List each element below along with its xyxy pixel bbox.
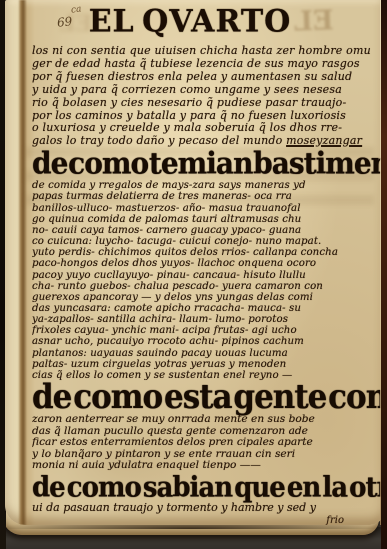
- manuscript-line: por los caminos y batalla y para q̃ no f…: [32, 110, 378, 123]
- manuscript-line: asnar ucho, pucauiyo rrocoto achu- pipin…: [32, 336, 378, 347]
- text-segment: paltas- uzum cirguelas yotras yeruas y m…: [32, 359, 286, 370]
- manuscript-line: co cuicuna: luycho- tacuga- cuicui conej…: [32, 236, 378, 247]
- text-segment: frio: [326, 515, 344, 525]
- text-segment: cha- runto guebos- chalua pescado- yuera…: [32, 281, 323, 292]
- manuscript-line: plantanos: uayauas sauindo pacay uouas l…: [32, 348, 378, 359]
- title-row: EL EL QVARTO EL: [32, 3, 378, 43]
- page-content: EL EL QVARTO EL los ni con sentia que ui…: [5, 0, 384, 525]
- manuscript-line: de comida y rregalos de mays-zara says m…: [32, 180, 378, 191]
- text-segment: no- cauii caya tamos- carnero guacay ypa…: [32, 225, 301, 236]
- text-segment: yuto perdis- chichimos quitos delos rrio…: [32, 247, 338, 258]
- text-segment: y uida y para q̃ corriezen como ungame y…: [32, 84, 342, 96]
- manuscript-line: paltas- uzum cirguelas yotras yeruas y m…: [32, 359, 378, 370]
- text-segment: ya-zapallos- santilla achira- llaum- lum…: [32, 314, 288, 325]
- manuscript-section: de como esta gente comenzaron aenterrear…: [32, 382, 378, 472]
- text-segment: de comida y rregalos de mays-zara says m…: [32, 180, 306, 191]
- manuscript-line: pacoy yuyo cucllayuyo- pinau- cancaua- h…: [32, 270, 378, 281]
- manuscript-line: y lo blanq̃aro y pintaron y se ente rrau…: [32, 449, 378, 461]
- text-segment: go quinua comida de palomas tauri altram…: [32, 214, 301, 225]
- manuscript-line: ya-zapallos- santilla achira- llaum- lum…: [32, 314, 378, 325]
- text-segment: co cuicuna: luycho- tacuga- cuicui conej…: [32, 236, 321, 247]
- section-heading: de como temian bastimento: [32, 148, 378, 180]
- manuscript-line: paco-hongos delos dhos yuyos- llachoc on…: [32, 258, 378, 269]
- manuscript-body: los ni con sentia que uiuisen chicha has…: [32, 45, 378, 525]
- section-heading: de como esta gente comen: [32, 381, 378, 414]
- manuscript-line: no- cauii caya tamos- carnero guacay ypa…: [32, 225, 378, 236]
- bleed-through-ghost-icon: EL: [294, 5, 335, 37]
- manuscript-line: banillos-ulluco- mastuerzos- año- masua …: [32, 203, 378, 214]
- manuscript-line: los ni con sentia que uiuisen chicha has…: [32, 45, 378, 58]
- manuscript-line: ger de edad hasta q̃ tubiese lezencia de…: [32, 58, 378, 71]
- manuscript-line: cha- runto guebos- chalua pescado- yuera…: [32, 281, 378, 292]
- text-segment: asnar ucho, pucauiyo rrocoto achu- pipin…: [32, 336, 304, 347]
- text-segment: papas turmas delatierra de tres maneras-…: [32, 191, 292, 202]
- manuscript-line: yuto perdis- chichimos quitos delos rrio…: [32, 247, 378, 258]
- manuscript-line: guerexos apancoray — y delos yns yungas …: [32, 292, 378, 303]
- text-segment: das q̃ llaman pucullo questa gente comen…: [32, 426, 308, 437]
- manuscript-line: o luxuriosa y creuelde y mala soberuia q…: [32, 122, 378, 135]
- text-segment: rio q̃ bolasen y cies nesesario q̃ pudie…: [32, 97, 346, 109]
- manuscript-section: de como temian bastimentode comida y rre…: [32, 149, 378, 381]
- text-segment: frixoles cayua- ynchic mani- acipa fruta…: [32, 325, 297, 336]
- manuscript-line: das yuncasara: camote apicho rracacha- m…: [32, 303, 378, 314]
- text-segment: das yuncasara: camote apicho rracacha- m…: [32, 303, 301, 314]
- manuscript-section: los ni con sentia que uiuisen chicha has…: [32, 45, 378, 148]
- text-segment: guerexos apancoray — y delos yns yungas …: [32, 292, 313, 303]
- text-segment: pacoy yuyo cucllayuyo- pinau- cancaua- h…: [32, 270, 306, 281]
- manuscript-page: ca 69 EL EL QVARTO EL los ni con sentia …: [5, 0, 384, 525]
- text-segment: monia ni auia ydulatra enaquel tienpo ——: [32, 460, 261, 471]
- text-segment: por q̃ fuesen diestros enla pelea y aume…: [32, 71, 352, 83]
- manuscript-line: go quinua comida de palomas tauri altram…: [32, 214, 378, 225]
- manuscript-line: y uida y para q̃ corriezen como ungame y…: [32, 84, 378, 97]
- text-segment: y lo blanq̃aro y pintaron y se ente rrau…: [32, 449, 295, 460]
- text-segment: paco-hongos delos dhos yuyos- llachoc on…: [32, 258, 316, 269]
- manuscript-line: papas turmas delatierra de tres maneras-…: [32, 191, 378, 202]
- manuscript-section: de como sabian que en la otraui da pasau…: [32, 474, 378, 525]
- text-segment: o luxuriosa y creuelde y mala soberuia q…: [32, 122, 342, 134]
- right-book-edge: [381, 0, 387, 549]
- text-segment: ger de edad hasta q̃ tubiese lezencia de…: [32, 58, 360, 70]
- manuscript-line: frixoles cayua- ynchic mani- acipa fruta…: [32, 325, 378, 336]
- manuscript-line: monia ni auia ydulatra enaquel tienpo ——: [32, 460, 378, 472]
- text-segment: banillos-ulluco- mastuerzos- año- masua …: [32, 203, 301, 214]
- manuscript-line: rio q̃ bolasen y cies nesesario q̃ pudie…: [32, 97, 378, 110]
- text-segment: plantanos: uayauas sauindo pacay uouas l…: [32, 348, 288, 359]
- text-segment: ficar estos enterramientos delos pren ci…: [32, 437, 313, 448]
- scanned-manuscript-photo: ca 69 EL EL QVARTO EL los ni con sentia …: [0, 0, 387, 549]
- manuscript-line: ficar estos enterramientos delos pren ci…: [32, 437, 378, 449]
- text-segment: los ni con sentia que uiuisen chicha has…: [32, 45, 371, 57]
- section-heading: de como sabian que en la otra: [32, 473, 378, 503]
- manuscript-line: frio: [32, 515, 378, 525]
- manuscript-line: das q̃ llaman pucullo questa gente comen…: [32, 426, 378, 438]
- text-segment: por los caminos y batalla y para q̃ no f…: [32, 110, 346, 122]
- manuscript-line: por q̃ fuesen diestros enla pelea y aume…: [32, 71, 378, 84]
